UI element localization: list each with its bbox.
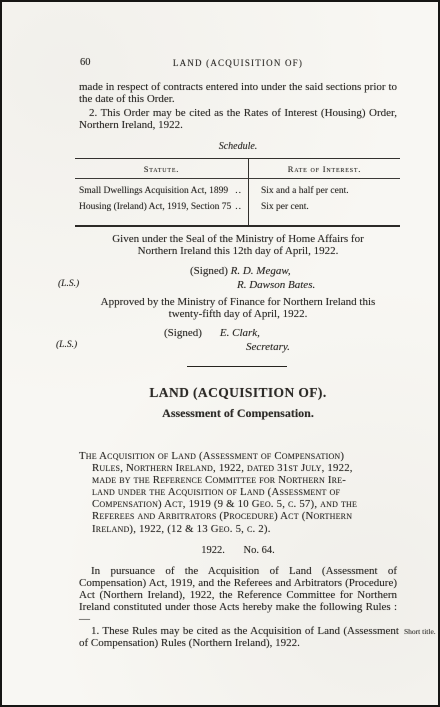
schedule-table: Statute. Rate of Interest. Small Dwellin… [75, 158, 400, 227]
margin-note-short-title: Short title. [404, 628, 436, 637]
dot-leader: .. [235, 186, 242, 197]
instrument-year: 1922. [201, 545, 225, 556]
running-header-title: LAND (ACQUISITION OF) [79, 58, 397, 68]
signed-label: (Signed) [190, 265, 228, 277]
rule-1-paragraph: 1. These Rules may be cited as the Acqui… [79, 625, 399, 650]
preamble-line: The Acquisition of Land (Assessment of C… [79, 450, 399, 462]
preamble-line: land under the Acquisition of Land (Asse… [79, 486, 399, 498]
table-header-rate: Rate of Interest. [248, 159, 400, 179]
instrument-number-line: 1922. No. 64. [79, 545, 397, 556]
signature-line-clark: (Signed)E. Clark, [164, 327, 260, 339]
preamble-line: Rules, Northern Ireland, 1922, dated 31s… [79, 462, 399, 474]
statute-text: Small Dwellings Acquisition Act, 1899 [79, 186, 228, 197]
signatory-title: Secretary. [246, 341, 290, 353]
approval-paragraph: Approved by the Ministry of Finance for … [98, 296, 378, 321]
signed-label: (Signed) [164, 327, 202, 339]
seal-mark: (L.S.) [58, 279, 79, 289]
preamble-line: made by the Reference Committee for Nort… [79, 474, 399, 486]
order-continuation-paragraph: made in respect of contracts entered int… [79, 81, 397, 106]
section-subtitle: Assessment of Compensation. [79, 406, 397, 421]
signature-line-megaw: (Signed) R. D. Megaw, [190, 265, 291, 277]
instrument-number: No. 64. [244, 545, 275, 556]
preamble-line: Ireland), 1922, (12 & 13 Geo. 5, c. 2). [79, 523, 399, 535]
seal-paragraph: Given under the Seal of the Ministry of … [98, 233, 378, 258]
table-row-statute: Housing (Ireland) Act, 1919, Section 75 … [75, 197, 248, 225]
dot-leader: .. [235, 202, 242, 213]
signatory-name: E. Clark, [220, 327, 260, 339]
section-title: LAND (ACQUISITION OF). [79, 385, 397, 401]
preamble-line: Referees and Arbitrators (Procedure) Act… [79, 510, 399, 522]
schedule-heading: Schedule. [79, 141, 397, 152]
scanned-page: 60 LAND (ACQUISITION OF) made in respect… [0, 0, 440, 707]
table-header-statute: Statute. [75, 159, 248, 179]
seal-mark: (L.S.) [56, 340, 77, 350]
signatory-name-bates: R. Dawson Bates. [237, 279, 315, 291]
section-divider-rule [187, 366, 287, 367]
table-row-rate: Six and a half per cent. [248, 179, 400, 197]
table-row-rate: Six per cent. [248, 197, 400, 225]
rules-preamble: The Acquisition of Land (Assessment of C… [79, 450, 399, 535]
statute-text: Housing (Ireland) Act, 1919, Section 75 [79, 202, 231, 213]
order-citation-paragraph: 2. This Order may be cited as the Rates … [79, 107, 397, 132]
pursuance-paragraph: In pursuance of the Acquisition of Land … [79, 566, 397, 626]
table-row-statute: Small Dwellings Acquisition Act, 1899 .. [75, 179, 248, 197]
preamble-line: Compensation) Act, 1919 (9 & 10 Geo. 5, … [79, 498, 399, 510]
signatory-name: R. D. Megaw, [231, 265, 291, 277]
